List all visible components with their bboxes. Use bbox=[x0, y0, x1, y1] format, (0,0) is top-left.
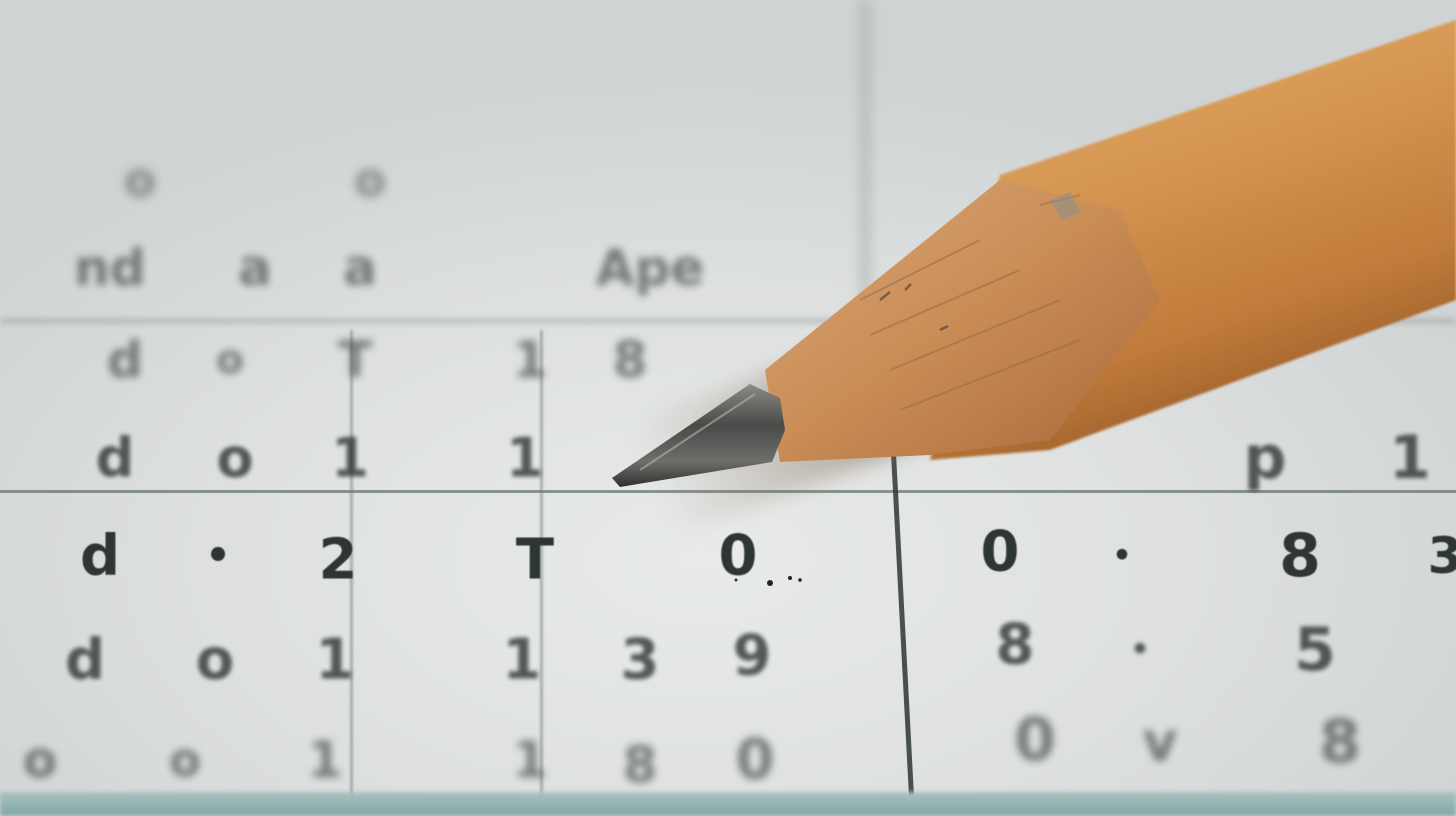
pencil-graphite-tip bbox=[612, 384, 785, 487]
paper-edge-strip bbox=[0, 792, 1456, 816]
pencil bbox=[0, 0, 1456, 816]
